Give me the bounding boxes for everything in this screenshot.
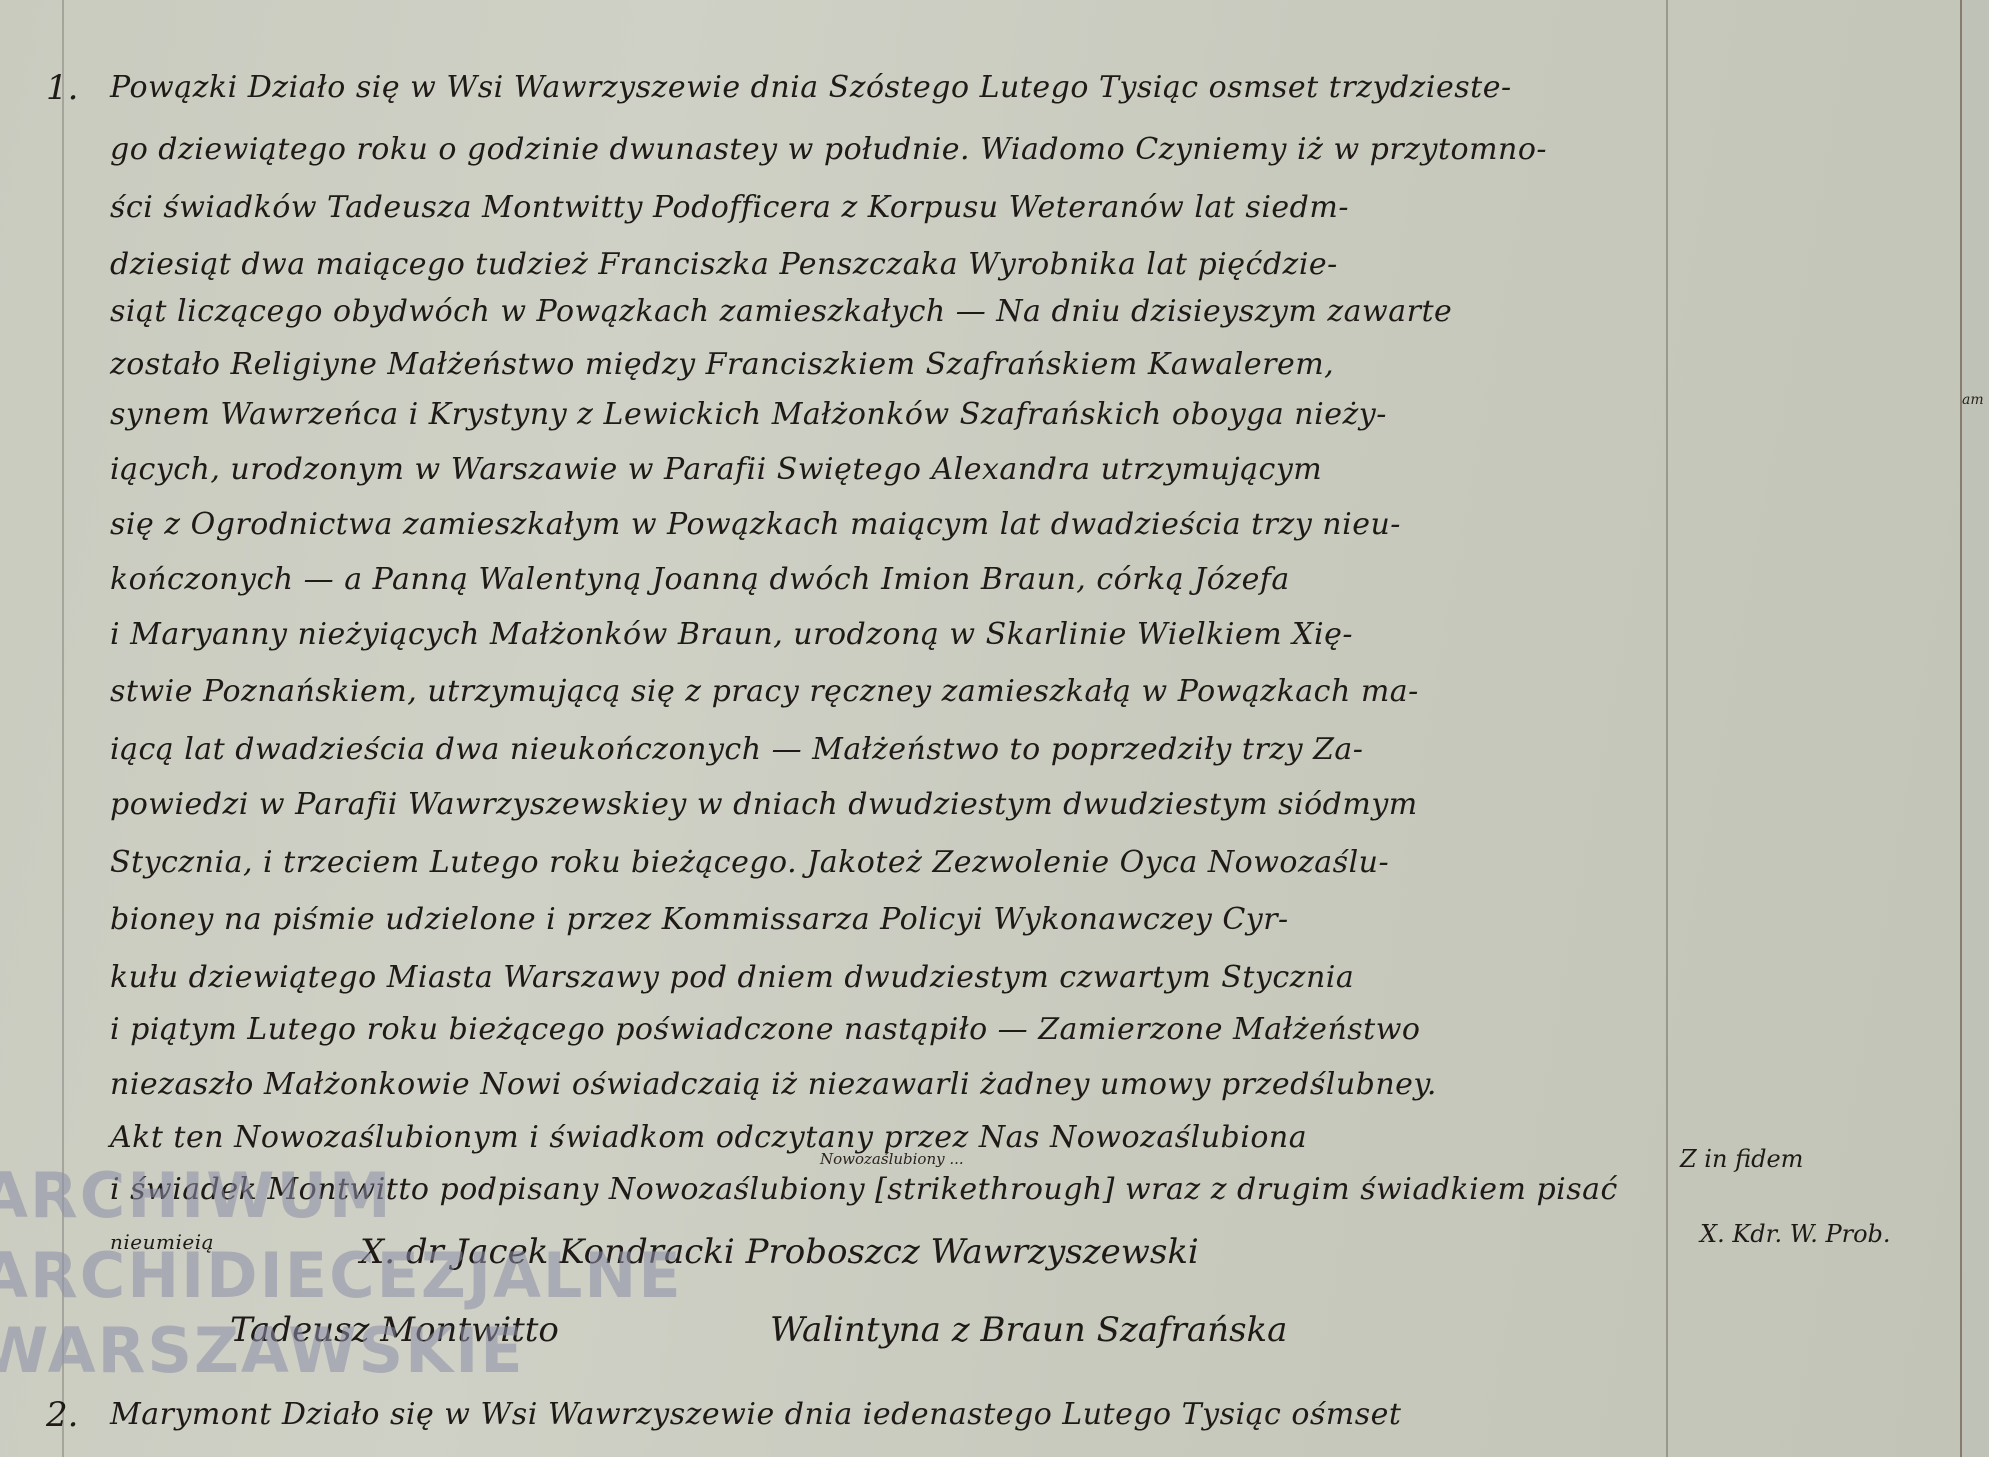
entry-line: Akt ten Nowozaślubionym i świadkom odczy… xyxy=(110,1118,1307,1158)
entry-line: zostało Religiyne Małżeństwo między Fran… xyxy=(110,345,1334,385)
entry-line: powiedzi w Parafii Wawrzyszewskiey w dni… xyxy=(110,785,1418,825)
entry-line: iących, urodzonym w Warszawie w Parafii … xyxy=(110,450,1322,490)
entry-line: ści świadków Tadeusza Montwitty Podoffic… xyxy=(110,188,1349,228)
entry-line: go dziewiątego roku o godzinie dwunastey… xyxy=(110,130,1547,170)
entry-line: niezaszło Małżonkowie Nowi oświadczaią i… xyxy=(110,1065,1437,1105)
entry-line: dziesiąt dwa maiącego tudzież Franciszka… xyxy=(110,245,1338,285)
entry-line: i Maryanny nieżyiących Małżonków Braun, … xyxy=(110,615,1353,655)
bride-signature: Walintyna z Braun Szafrańska xyxy=(770,1310,1287,1350)
edge-note: am xyxy=(1962,392,1984,408)
interlinear-insertion: Nowozaślubiony ... xyxy=(820,1150,964,1168)
archive-watermark-line-1: ARCHIWUM xyxy=(0,1165,393,1227)
entry-line: synem Wawrzeńca i Krystyny z Lewickich M… xyxy=(110,395,1387,435)
entry-number: 2. xyxy=(46,1395,78,1435)
entry-line: Powązki Działo się w Wsi Wawrzyszewie dn… xyxy=(110,68,1512,108)
entry-line: Marymont Działo się w Wsi Wawrzyszewie d… xyxy=(110,1395,1401,1435)
entry-line: Stycznia, i trzeciem Lutego roku bieżące… xyxy=(110,843,1389,883)
adjacent-page-strip xyxy=(1962,0,1989,1457)
margin-rule-right xyxy=(1666,0,1668,1457)
entry-line: iącą lat dwadzieścia dwa nieukończonych … xyxy=(110,730,1363,770)
margin-correction: Z in fidem xyxy=(1680,1145,1803,1173)
entry-line: i piątym Lutego roku bieżącego poświadcz… xyxy=(110,1010,1420,1050)
entry-line: kończonych — a Panną Walentyną Joanną dw… xyxy=(110,560,1290,600)
archive-watermark-line-3: WARSZAWSKIE xyxy=(0,1320,525,1382)
archive-watermark-line-2: ARCHIDIECEZJALNE xyxy=(0,1245,683,1307)
entry-line: bioney na piśmie udzielone i przez Kommi… xyxy=(110,900,1289,940)
entry-line: stwie Poznańskiem, utrzymującą się z pra… xyxy=(110,672,1419,712)
entry-line: kułu dziewiątego Miasta Warszawy pod dni… xyxy=(110,958,1354,998)
margin-signature: X. Kdr. W. Prob. xyxy=(1700,1220,1891,1248)
entry-line: się z Ogrodnictwa zamieszkałym w Powązka… xyxy=(110,505,1401,545)
entry-number: 1. xyxy=(46,68,78,108)
register-page: am 1. Powązki Działo się w Wsi Wawrzysze… xyxy=(0,0,1989,1457)
entry-line: siąt liczącego obydwóch w Powązkach zami… xyxy=(110,292,1452,332)
